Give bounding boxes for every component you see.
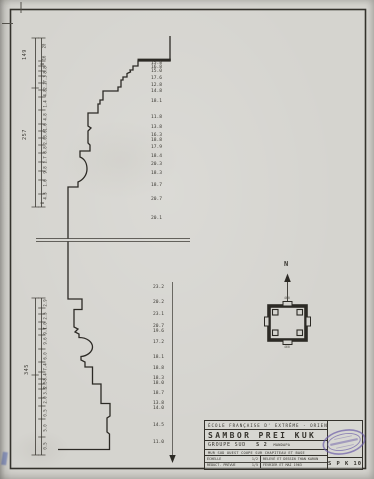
measure-arrow-icon: [169, 455, 175, 463]
dim-reading: 18.8: [153, 367, 164, 372]
dim-reading: 18.7: [151, 184, 162, 189]
dim-tick-label: 8.8: [44, 146, 48, 153]
plan-pier: [297, 310, 303, 316]
dim-reading: 20.2: [153, 301, 164, 306]
dim-reading: 18.0: [153, 382, 164, 387]
dim-tick-label: 4.8: [44, 89, 48, 96]
group-label: GROUPE SUD: [208, 442, 246, 448]
dim-tick-label: 1.4: [44, 100, 48, 107]
dim-total-mid: 257: [23, 129, 28, 140]
north-arrow-icon: [284, 274, 291, 283]
dim-reading: 14.8: [151, 90, 162, 95]
plan-pier: [297, 330, 303, 336]
title-block-right: S P K 10: [328, 421, 362, 469]
dim-tick-label: 8: [41, 63, 45, 65]
dim-total-lower: 345: [25, 364, 30, 375]
dim-tick-label: 2.0: [44, 396, 48, 403]
dim-tick-label: 0.5: [44, 442, 48, 449]
dim-reading: 20.1: [151, 217, 162, 222]
dim-tick-label: 2.9: [44, 299, 48, 306]
dim-reading: 12.8: [151, 84, 162, 89]
drawing-canvas: [0, 0, 374, 479]
plan-door-west: [265, 317, 270, 326]
plan-door-north: [283, 302, 292, 307]
group-code: S 2: [256, 442, 267, 448]
dim-tick-label: 2.5: [44, 312, 48, 319]
group-row: GROUPE SUDS 2MANDAPA: [205, 441, 327, 450]
dim-tick-label: 3.3: [44, 387, 48, 394]
dim-tick-label: 8: [41, 202, 45, 204]
dim-tick-label: 20: [42, 44, 46, 49]
lower-profile-path: [58, 242, 110, 450]
dim-tick-label: 1.7: [44, 156, 48, 163]
dim-reading: 15.0: [151, 70, 162, 75]
dim-tick-label: 0.5: [44, 409, 48, 416]
plan-dim-top: 460: [284, 297, 290, 300]
dim-reading: 17.2: [153, 341, 164, 346]
plan-dim-bottom: 460: [284, 346, 290, 349]
dim-reading: 17.9: [151, 146, 162, 151]
dim-tick-label: 16: [42, 56, 46, 61]
sheet-number: S P K 10: [328, 457, 362, 469]
dim-reading: 13.8: [151, 126, 162, 131]
drawing-sheet: 149 257 345 15.816.815.017.612.814.818.1…: [0, 0, 374, 479]
institution-row: ÉCOLE FRANÇAISE D' EXTRÊME - ORIENT: [205, 421, 327, 430]
dim-reading: 19.6: [153, 330, 164, 335]
plan-door-south: [283, 340, 292, 345]
dim-tick-label: 8.4: [44, 373, 48, 380]
dim-total-upper: 149: [23, 49, 28, 60]
dim-tick-label: 9.7: [44, 327, 48, 334]
title-block: ÉCOLE FRANÇAISE D' EXTRÊME - ORIENT SAMB…: [204, 420, 363, 470]
dim-tick-label: 6.0: [44, 352, 48, 359]
dim-tick-label: 5.0: [44, 424, 48, 431]
plan-door-east: [306, 317, 311, 326]
row-divider: [205, 462, 327, 463]
site-row: SAMBOR PREI KUK: [205, 430, 327, 441]
dim-reading: 14.5: [153, 424, 164, 429]
dim-reading: 11.0: [153, 441, 164, 446]
dim-reading: 23.2: [153, 286, 164, 291]
dim-tick-label: 1.6: [44, 179, 48, 186]
dim-reading: 14.0: [153, 407, 164, 412]
border-frame: [11, 10, 366, 469]
dim-reading: 18.1: [153, 356, 164, 361]
dim-reading: 18.7: [153, 392, 164, 397]
site-title: SAMBOR PREI KUK: [208, 431, 316, 440]
institution-label: ÉCOLE FRANÇAISE D' EXTRÊME - ORIENT: [208, 423, 327, 428]
dim-tick-label: 9.6: [44, 337, 48, 344]
dim-reading: 17.6: [151, 77, 162, 82]
dim-reading: 11.8: [151, 116, 162, 121]
dim-tick-label: 9.8: [44, 166, 48, 173]
dim-tick-label: 8.8: [44, 66, 48, 73]
dim-tick-label: 2.0: [44, 137, 48, 144]
dim-reading: 20.7: [151, 198, 162, 203]
dim-tick-label: 4.3: [44, 192, 48, 199]
dim-tick-label: 4.8: [44, 113, 48, 120]
title-block-left: ÉCOLE FRANÇAISE D' EXTRÊME - ORIENT SAMB…: [205, 421, 328, 469]
plan-pier: [273, 330, 279, 336]
plan-pier: [273, 310, 279, 316]
dim-reading: 18.3: [151, 172, 162, 177]
dim-reading: 20.3: [151, 163, 162, 168]
dim-reading: 18.4: [151, 155, 162, 160]
dim-reading: 18.8: [151, 139, 162, 144]
dim-reading: 23.1: [153, 313, 164, 318]
group-subtitle: MANDAPA: [274, 443, 291, 447]
scale-survey-row: ÉCHELLE RÉDUCT. PRÉVUE 1/2 1/5 RELEVÉ ET…: [205, 456, 327, 468]
north-label: N: [284, 261, 288, 268]
dim-reading: 18.1: [151, 100, 162, 105]
dim-tick-label: 7.4: [44, 363, 48, 370]
subject-label: MUR SUD OUEST COUPE SUR CHAPITEAU ET BAS…: [208, 451, 305, 455]
